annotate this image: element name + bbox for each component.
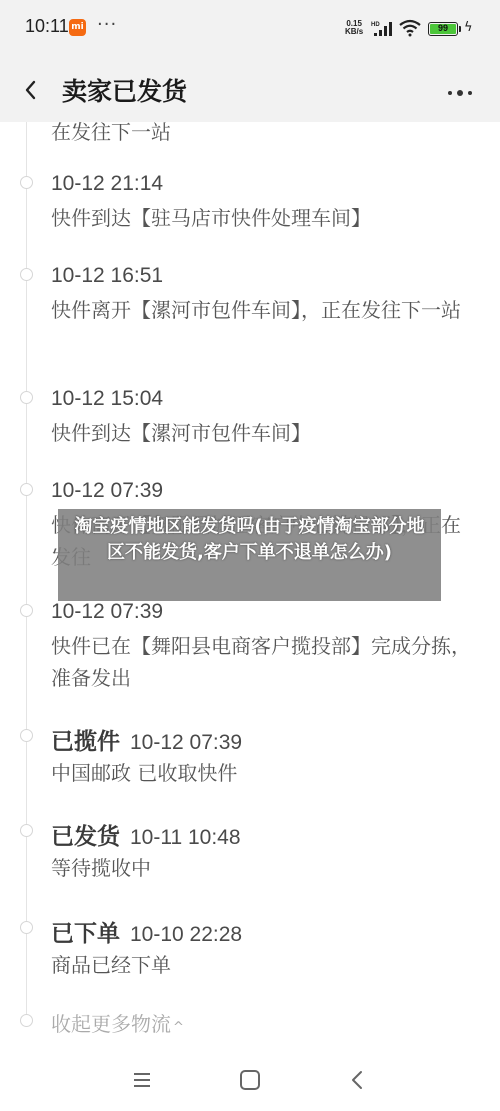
wifi-icon <box>399 19 421 37</box>
home-icon[interactable] <box>238 1068 262 1092</box>
back-button[interactable] <box>18 72 44 108</box>
timeline-dot-icon <box>20 921 33 934</box>
entry-time: 10-10 22:28 <box>130 923 242 946</box>
network-speed: 0.15 KB/s <box>345 20 363 36</box>
timeline-dot-icon <box>20 824 33 837</box>
partial-entry-text: 在发往下一站 <box>51 122 471 148</box>
chevron-up-icon: ^ <box>173 1020 184 1035</box>
back-nav-icon[interactable] <box>346 1068 370 1092</box>
entry-header: 已揽件10-12 07:39 <box>51 723 242 756</box>
entry-desc: 等待揽收中 <box>51 852 471 884</box>
cellular-signal-icon: HD <box>371 20 395 38</box>
entry-time: 10-12 07:39 <box>51 600 163 624</box>
collapse-label: 收起更多物流 <box>51 1012 171 1036</box>
entry-desc: 中国邮政 已收取快件 <box>51 757 471 789</box>
entry-header: 已发货10-11 10:48 <box>51 818 241 851</box>
svg-text:HD: HD <box>371 22 380 28</box>
timeline-dot-icon <box>20 176 33 189</box>
header: 卖家已发货 <box>0 60 500 122</box>
collapse-logistics-button[interactable]: 收起更多物流^ <box>51 1008 184 1037</box>
timeline-dot-icon <box>20 391 33 404</box>
page-title: 卖家已发货 <box>62 72 187 108</box>
article-title-overlay: 淘宝疫情地区能发货吗(由于疫情淘宝部分地区不能发货,客户下单不退单怎么办) <box>58 509 441 601</box>
mi-notification-icon: mi <box>69 19 86 36</box>
more-notifications-icon: ··· <box>97 14 117 35</box>
dot-icon <box>457 90 463 96</box>
timeline-dot-icon <box>20 604 33 617</box>
battery-tip <box>459 26 461 32</box>
entry-desc: 快件到达【漯河市包件车间】 <box>51 417 471 449</box>
charging-icon: ϟ <box>464 20 473 35</box>
timeline-dot-icon <box>20 729 33 742</box>
battery-icon: 99 <box>428 22 458 36</box>
dot-icon <box>448 91 452 95</box>
status-bar: 10:11 mi ··· 0.15 KB/s HD 99 ϟ <box>0 0 500 60</box>
entry-desc: 商品已经下单 <box>51 949 471 981</box>
entry-desc: 快件离开【漯河市包件车间】，正在发往下一站 <box>51 294 471 326</box>
battery-level: 99 <box>430 24 456 34</box>
entry-desc: 快件到达【驻马店市快件处理车间】 <box>51 202 471 234</box>
dot-icon <box>468 91 472 95</box>
entry-status: 已揽件 <box>51 728 120 754</box>
more-options-button[interactable] <box>446 82 476 102</box>
entry-header: 已下单10-10 22:28 <box>51 915 242 948</box>
entry-time: 10-12 07:39 <box>51 479 163 503</box>
net-speed-unit: KB/s <box>345 28 363 36</box>
system-navigation-bar <box>0 1050 500 1111</box>
entry-time: 10-12 21:14 <box>51 172 163 196</box>
entry-time: 10-12 15:04 <box>51 387 163 411</box>
timeline-dot-icon <box>20 483 33 496</box>
status-time: 10:11 <box>25 16 69 37</box>
entry-time: 10-11 10:48 <box>130 826 241 849</box>
entry-status: 已发货 <box>51 823 120 849</box>
timeline-line <box>26 122 27 1027</box>
entry-desc: 快件已在【舞阳县电商客户揽投部】完成分拣，准备发出 <box>51 630 471 694</box>
entry-status: 已下单 <box>51 920 120 946</box>
timeline-dot-icon <box>20 1014 33 1027</box>
menu-icon[interactable] <box>130 1068 154 1092</box>
timeline-dot-icon <box>20 268 33 281</box>
entry-time: 10-12 07:39 <box>130 731 242 754</box>
entry-time: 10-12 16:51 <box>51 264 163 288</box>
